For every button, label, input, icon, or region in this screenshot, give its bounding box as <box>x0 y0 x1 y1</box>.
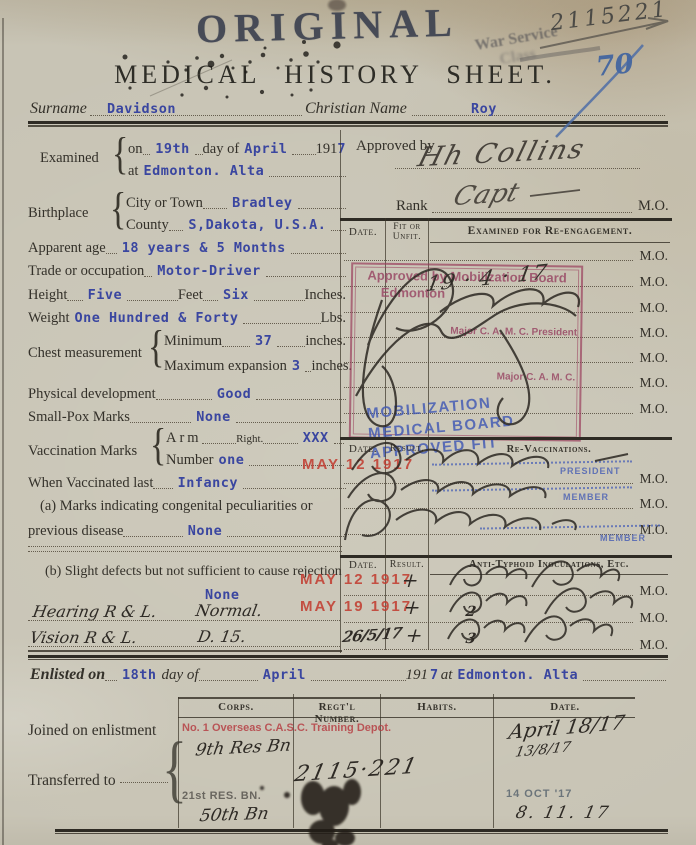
enlisted-row: Enlisted on 18th day of April 1917 at Ed… <box>30 666 666 684</box>
enlisted-day-value: 18th <box>117 667 162 683</box>
defects-b-line: (b) Slight defects but not sufficient to… <box>45 564 342 580</box>
previous-disease-value: None <box>183 523 228 539</box>
chest-min-label: Minimum <box>164 333 222 350</box>
mo-label: M.O. <box>639 325 668 341</box>
number-label: Number <box>166 452 214 469</box>
arm-marks-value: XXX <box>298 430 334 446</box>
enlisted-year-digit: 7 <box>428 667 441 683</box>
mo-label: M.O. <box>639 496 668 512</box>
christian-name-label: Christian Name <box>305 100 407 118</box>
vision-rule <box>28 630 340 647</box>
age-value: 18 years & 5 Months <box>117 240 291 256</box>
height-inches-value: Six <box>218 287 254 303</box>
regtl-number-value: 2115·221 <box>292 754 421 787</box>
blue-member-word-1: MEMBER <box>563 492 609 502</box>
examined-place-value: Edmonton. Alta <box>138 163 269 179</box>
blue-member-word-2: MEMBER <box>600 533 646 543</box>
marks-a-line1: (a) Marks indicating congenital peculiar… <box>40 498 346 515</box>
when-vaccinated-label: When Vaccinated last <box>28 475 153 492</box>
mob-major-caption: Major C. A. M. C. <box>497 371 576 383</box>
mo-label: M.O. <box>639 471 668 487</box>
at-label: at <box>128 163 138 180</box>
city-label: City or Town <box>126 195 203 212</box>
btable-vline-4 <box>493 694 494 828</box>
smallpox-value: None <box>191 409 236 425</box>
vaccination-arm-row: Arm Right. XXX <box>166 430 344 447</box>
enlisted-month-value: April <box>258 667 311 683</box>
table3-vline-2 <box>428 555 429 650</box>
height-label: Height <box>28 287 67 304</box>
mo-label: M.O. <box>639 300 668 316</box>
height-feet-value: Five <box>83 287 128 303</box>
surname-value: Davidson <box>102 101 181 117</box>
table1-header-underline <box>430 242 670 243</box>
table1-date-header: Date. <box>342 226 384 238</box>
physical-value: Good <box>212 386 257 402</box>
apparent-age-row: Apparent age 18 years & 5 Months <box>28 240 346 257</box>
table3-top-rule <box>340 555 672 558</box>
transferred-to-leader <box>120 772 168 783</box>
typhoid-mo-row-1: M.O. <box>344 583 668 599</box>
table2-title-header: Re-Vaccinations. <box>430 444 668 455</box>
examined-month-value: April <box>239 141 292 157</box>
blue-president-word: PRESIDENT <box>560 466 621 476</box>
trade-value: Motor-Driver <box>152 263 266 279</box>
medical-history-sheet-document: ORIGINAL War Service Class 2115221 70 ME… <box>0 0 696 845</box>
chest-max-row: Maximum expansion 3 inches. <box>164 358 346 375</box>
mo-label: M.O. <box>639 274 668 290</box>
number-value: one <box>214 452 250 468</box>
smallpox-label: Small-Pox Marks <box>28 409 130 426</box>
section-divider-dotted-1 <box>28 546 342 547</box>
physical-label: Physical development <box>28 386 156 403</box>
btable-top-rule <box>178 697 635 699</box>
trade-row: Trade or occupation Motor-Driver <box>28 263 346 280</box>
feet-label: Feet <box>178 287 203 304</box>
county-label: County <box>126 217 169 234</box>
mo-row-1: M.O. <box>344 248 668 264</box>
birthplace-line2: County S,Dakota, U.S.A. <box>126 217 346 234</box>
corps-header: Corps. <box>180 701 292 713</box>
rank-dash <box>530 190 580 196</box>
physical-row: Physical development Good <box>28 386 346 403</box>
table3-date-header: Date. <box>342 559 384 571</box>
table3-header-underline <box>430 574 668 575</box>
page-left-edge <box>2 18 4 845</box>
page-title: MEDICAL HISTORY SHEET. <box>0 60 670 90</box>
trade-label: Trade or occupation <box>28 263 144 280</box>
enlisted-top-rule-2 <box>28 659 668 660</box>
christian-name-rule <box>412 100 665 116</box>
birthplace-label: Birthplace <box>28 205 88 222</box>
examined-label: Examined <box>40 150 99 167</box>
day-of-label: day of <box>203 141 240 158</box>
table2-date-header: Date. <box>342 443 384 455</box>
mo-label: M.O. <box>639 637 668 653</box>
corps-stamp-2: 21st RES. BN. <box>182 790 261 802</box>
typhoid-mo-row-2: M.O. <box>344 610 668 626</box>
county-value: S,Dakota, U.S.A. <box>183 217 331 233</box>
smallpox-row: Small-Pox Marks None <box>28 409 346 426</box>
date-stamp-3: 14 OCT '17 <box>506 788 572 800</box>
vaccination-label: Vaccination Marks <box>28 443 137 460</box>
rank-label: Rank <box>396 198 428 215</box>
enlisted-top-rule-1 <box>28 655 668 658</box>
blue-dotted-2 <box>432 486 632 491</box>
table1-top-rule <box>340 218 672 221</box>
header-rule-1 <box>28 121 668 124</box>
christian-name-value: Roy <box>466 101 502 117</box>
chest-max-value: 3 <box>287 358 306 374</box>
when-vaccinated-value: Infancy <box>173 475 243 491</box>
rank-mo-label: M.O. <box>638 198 669 215</box>
on-label: on <box>128 141 143 158</box>
weight-label: Weight <box>28 310 70 327</box>
weight-row: Weight One Hundred & Forty Lbs. <box>28 310 346 327</box>
enlisted-year-printed: 191 <box>406 667 429 684</box>
fit-line1: Fit or <box>387 222 427 232</box>
typhoid-mo-row-3: M.O. <box>344 637 668 653</box>
revacc-mo-row-2: M.O. <box>344 496 668 512</box>
examined-day-value: 19th <box>150 141 195 157</box>
corps-unit-stamp: No. 1 Overseas C.A.S.C. Training Depot. <box>182 722 391 734</box>
right-label: Right. <box>236 433 263 445</box>
vaccination-brace: { <box>150 420 166 471</box>
joined-on-enlistment-label: Joined on enlistment <box>28 722 156 740</box>
enlisted-label: Enlisted on <box>30 666 105 684</box>
btable-bottom-rule-1 <box>55 829 668 832</box>
surname-label: Surname <box>30 100 87 118</box>
enlisted-dayof-label: day of <box>161 667 198 684</box>
table1-title-header: Examined for Re-engagement. <box>430 225 670 237</box>
mo-label: M.O. <box>639 375 668 391</box>
birthplace-line1: City or Town Bradley <box>126 195 346 212</box>
enlisted-at-label: at <box>441 667 453 684</box>
corps-hand-2: 50th Bn <box>198 804 270 826</box>
mo-label: M.O. <box>639 248 668 264</box>
table2-top-rule <box>340 437 672 440</box>
header-rule-2 <box>28 125 668 127</box>
original-stamp: ORIGINAL <box>195 0 459 52</box>
hearing-rule <box>28 604 340 621</box>
mo-label: M.O. <box>639 401 668 417</box>
chest-min-value: 37 <box>250 333 277 349</box>
chest-min-row: Minimum 37 inches. <box>164 333 346 350</box>
chest-max-label: Maximum expansion <box>164 358 287 375</box>
examined-brace: { <box>112 129 128 180</box>
previous-disease-label: previous disease <box>28 523 123 540</box>
height-row: Height Five Feet Six Inches. <box>28 287 346 304</box>
examined-line1: on 19th day of April 1917 <box>128 141 346 158</box>
year-printed: 191 <box>316 141 338 158</box>
table1-fit-header: Fit or Unfit. <box>387 222 427 242</box>
btable-bottom-rule-2 <box>55 833 668 834</box>
examined-line2: at Edmonton. Alta <box>128 163 346 180</box>
birthplace-brace: { <box>110 184 126 235</box>
rank-value-hand: Capt <box>450 178 523 212</box>
date-hand-4: 8. 11. 17 <box>514 803 612 823</box>
lbs-label: Lbs. <box>321 310 346 327</box>
age-label: Apparent age <box>28 240 106 257</box>
arm-label: Arm <box>166 430 202 447</box>
marks-a-line2: previous disease None <box>28 523 346 540</box>
section-divider-dotted-2 <box>28 551 342 552</box>
when-vaccinated-row: When Vaccinated last Infancy <box>28 475 346 492</box>
corps-hand-1: 9th Res Bn <box>194 736 293 761</box>
transferred-to-label: Transferred to <box>28 772 116 790</box>
mo-label: M.O. <box>639 610 668 626</box>
btable-vline-2 <box>293 694 294 828</box>
fit-line2: Unfit. <box>387 232 427 242</box>
chest-label: Chest measurement <box>28 345 142 362</box>
enlisted-place-value: Edmonton. Alta <box>452 667 583 683</box>
table2-result-header: Result. <box>387 443 427 454</box>
chest-brace: { <box>148 322 164 373</box>
table3-title-header: Anti-Typhoid Inoculations, Etc. <box>430 559 668 570</box>
city-value: Bradley <box>227 195 297 211</box>
left-column-bottom-rule <box>28 650 342 652</box>
mo-label: M.O. <box>639 583 668 599</box>
serial-number-pencil: 2115221 <box>549 0 670 36</box>
year-digit-value: 7 <box>337 141 346 157</box>
mob-president-caption: Major C. A. M. C. President <box>450 326 577 339</box>
blue-dotted-1 <box>432 460 632 465</box>
mo-label: M.O. <box>639 350 668 366</box>
habits-header: Habits. <box>382 701 492 713</box>
